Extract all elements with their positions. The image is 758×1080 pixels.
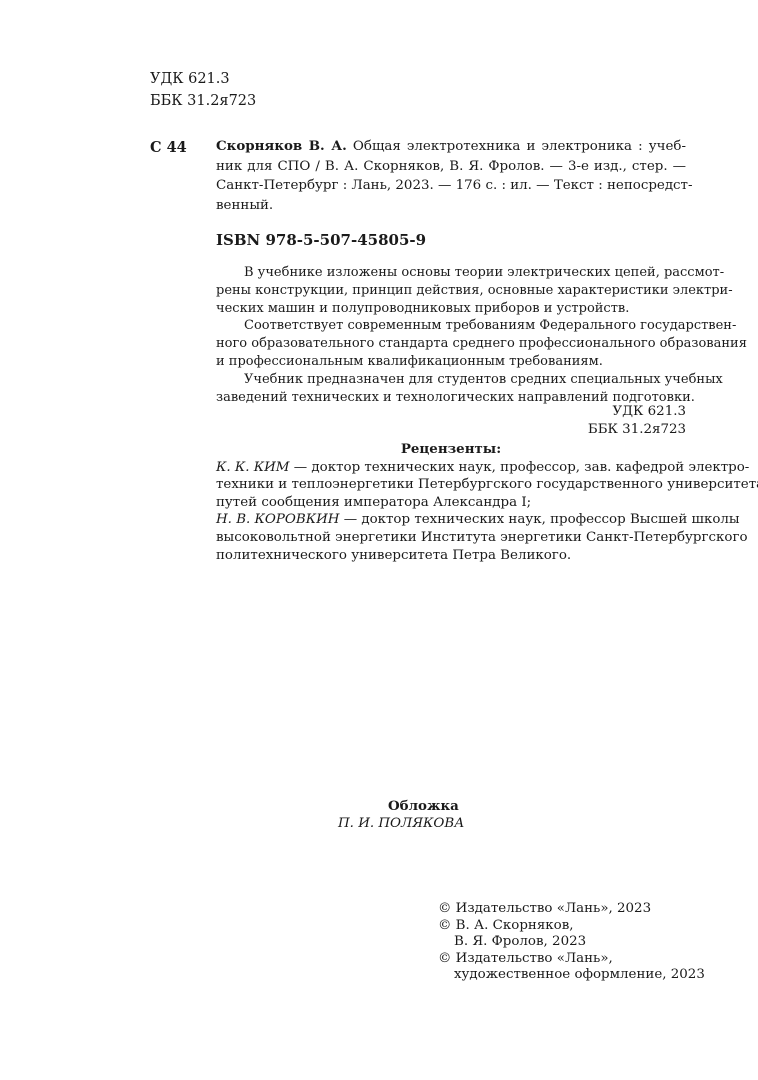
copyright-line: © Издательство «Лань», 2023 xyxy=(438,901,705,918)
bbk-code: ББК 31.2я723 xyxy=(216,421,686,439)
abstract-line: и профессиональным квалификационным треб… xyxy=(216,353,686,371)
classification-block-right: УДК 621.3 ББК 31.2я723 xyxy=(216,403,686,439)
reviewer-name: Н. В. КОРОВКИН xyxy=(216,512,339,527)
abstract-line: В учебнике изложены основы теории электр… xyxy=(216,264,686,282)
cover-credit: Обложка П. И. ПОЛЯКОВА xyxy=(338,798,538,832)
cover-label: Обложка xyxy=(338,798,538,815)
classification-block: УДК 621.3 ББК 31.2я723 xyxy=(150,68,256,112)
bibliographic-entry: Скорняков В. А. Общая электротехника и э… xyxy=(216,137,686,215)
copyright-line: художественное оформление, 2023 xyxy=(438,967,705,984)
reviewers-title: Рецензенты: xyxy=(216,441,686,459)
abstract-line: рены конструкции, принцип действия, осно… xyxy=(216,282,686,300)
bbk-code: ББК 31.2я723 xyxy=(150,90,256,112)
reviewer-line: высоковольтной энергетики Института энер… xyxy=(216,529,686,547)
biblio-line: ник для СПО / В. А. Скорняков, В. Я. Фро… xyxy=(216,157,686,177)
udk-code: УДК 621.3 xyxy=(150,68,256,90)
reviewer-line: политехнического университета Петра Вели… xyxy=(216,547,686,565)
copyright-block: © Издательство «Лань», 2023 © В. А. Скор… xyxy=(438,901,705,984)
author-name: Скорняков В. А. xyxy=(216,138,347,154)
copyright-line: © Издательство «Лань», xyxy=(438,951,705,968)
reviewer-name: К. К. КИМ xyxy=(216,460,290,475)
copyright-line: © В. А. Скорняков, xyxy=(438,918,705,935)
biblio-line: Санкт-Петербург : Лань, 2023. — 176 с. :… xyxy=(216,176,686,196)
abstract: В учебнике изложены основы теории электр… xyxy=(216,264,686,406)
abstract-line: ного образовательного стандарта среднего… xyxy=(216,335,686,353)
abstract-line: Учебник предназначен для студентов средн… xyxy=(216,371,686,389)
reviewer-line: путей сообщения императора Александра I; xyxy=(216,494,686,512)
reviewer-line: Н. В. КОРОВКИН — доктор технических наук… xyxy=(216,511,686,529)
cover-designer: П. И. ПОЛЯКОВА xyxy=(338,815,538,832)
isbn: ISBN 978-5-507-45805-9 xyxy=(216,231,426,251)
reviewer-line: техники и теплоэнергетики Петербургского… xyxy=(216,476,686,494)
copyright-line: В. Я. Фролов, 2023 xyxy=(438,934,705,951)
udk-code: УДК 621.3 xyxy=(216,403,686,421)
abstract-line: Соответствует современным требованиям Фе… xyxy=(216,317,686,335)
biblio-line: Скорняков В. А. Общая электротехника и э… xyxy=(216,137,686,157)
reviewers: Рецензенты: К. К. КИМ — доктор техническ… xyxy=(216,441,686,564)
biblio-line: венный. xyxy=(216,196,686,216)
author-sign: С 44 xyxy=(150,138,187,158)
abstract-line: ческих машин и полупроводниковых приборо… xyxy=(216,300,686,318)
reviewer-line: К. К. КИМ — доктор технических наук, про… xyxy=(216,459,686,477)
